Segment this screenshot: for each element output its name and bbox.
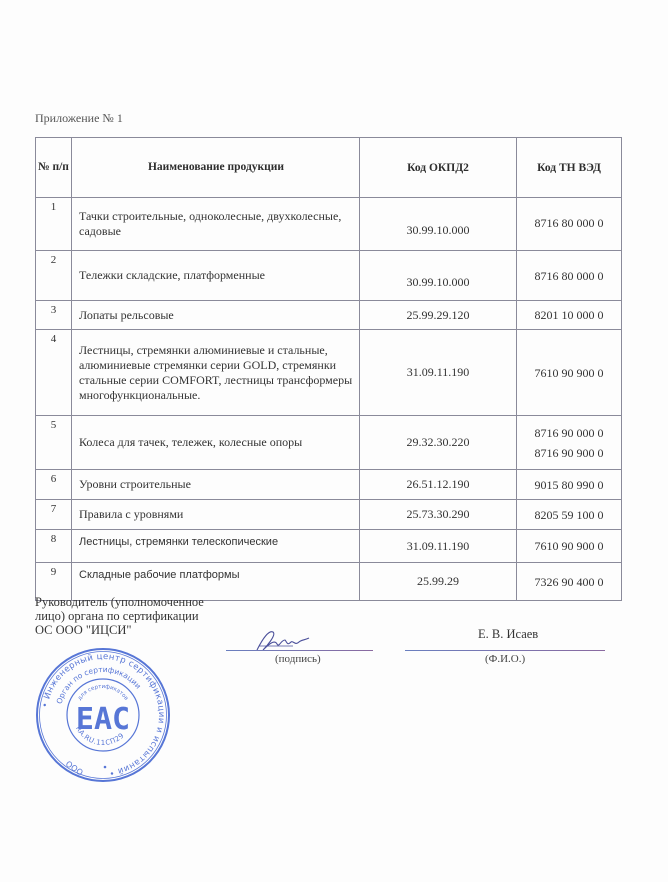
position-line: ОС ООО "ИЦСИ" (35, 623, 204, 637)
row-number: 1 (36, 198, 72, 251)
table-row: 1Тачки строительные, одноколесные, двухк… (36, 198, 622, 251)
tn-ved-code-line: 7610 90 900 0 (518, 536, 620, 556)
row-number: 6 (36, 470, 72, 500)
signatory-position: Руководитель (уполномоченное лицо) орган… (35, 595, 204, 637)
table-row: 6Уровни строительные26.51.12.1909015 80 … (36, 470, 622, 500)
name-caption: (Ф.И.О.) (485, 653, 525, 665)
okpd-code: 26.51.12.190 (360, 470, 517, 500)
header-num: № п/п (36, 138, 72, 198)
tn-ved-code-line: 7610 90 900 0 (518, 363, 620, 383)
product-name: Лестницы, стремянки алюминиевые и стальн… (72, 330, 360, 416)
certification-stamp: • Инженерный центр сертификации и испыта… (33, 645, 173, 785)
header-name: Наименование продукции (72, 138, 360, 198)
signature-caption: (подпись) (275, 653, 321, 665)
okpd-code: 25.99.29 (360, 563, 517, 601)
product-name: Уровни строительные (72, 470, 360, 500)
tn-ved-code-line: 9015 80 990 0 (518, 475, 620, 495)
okpd-code: 31.09.11.190 (360, 530, 517, 563)
position-line: лицо) органа по сертификации (35, 609, 204, 623)
okpd-code: 31.09.11.190 (360, 330, 517, 416)
header-tn: Код ТН ВЭД (517, 138, 622, 198)
products-table: № п/п Наименование продукции Код ОКПД2 К… (35, 137, 622, 601)
tn-ved-code: 8716 80 000 0 (517, 198, 622, 251)
signature-line (226, 650, 373, 651)
tn-ved-code-line: 8201 10 000 0 (518, 305, 620, 325)
tn-ved-code-line: 8205 59 100 0 (518, 505, 620, 525)
tn-ved-code: 8201 10 000 0 (517, 301, 622, 330)
table-header-row: № п/п Наименование продукции Код ОКПД2 К… (36, 138, 622, 198)
tn-ved-code: 7610 90 900 0 (517, 530, 622, 563)
row-number: 7 (36, 500, 72, 530)
table-row: 4Лестницы, стремянки алюминиевые и сталь… (36, 330, 622, 416)
okpd-code: 29.32.30.220 (360, 416, 517, 470)
product-name: Тачки строительные, одноколесные, двухко… (72, 198, 360, 251)
table-row: 7Правила с уровнями25.73.30.2908205 59 1… (36, 500, 622, 530)
tn-ved-code-line: 8716 90 000 0 (518, 423, 620, 443)
tn-ved-code-line: 8716 80 000 0 (518, 213, 620, 233)
product-name: Колеса для тачек, тележек, колесные опор… (72, 416, 360, 470)
tn-ved-code: 7326 90 400 0 (517, 563, 622, 601)
table-row: 3Лопаты рельсовые25.99.29.1208201 10 000… (36, 301, 622, 330)
document-page: Приложение № 1 № п/п Наименование продук… (0, 0, 668, 882)
tn-ved-code: 8716 80 000 0 (517, 251, 622, 301)
row-number: 5 (36, 416, 72, 470)
okpd-code: 30.99.10.000 (360, 251, 517, 301)
row-number: 3 (36, 301, 72, 330)
product-name: Лестницы, стремянки телескопические (72, 530, 360, 563)
product-name: Лопаты рельсовые (72, 301, 360, 330)
tn-ved-code-line: 8716 90 900 0 (518, 443, 620, 463)
eac-mark: EAC (76, 702, 130, 737)
product-name: Правила с уровнями (72, 500, 360, 530)
row-number: 8 (36, 530, 72, 563)
row-number: 4 (36, 330, 72, 416)
name-line (405, 650, 605, 651)
table-row: 5Колеса для тачек, тележек, колесные опо… (36, 416, 622, 470)
table-row: 2Тележки складские, платформенные30.99.1… (36, 251, 622, 301)
position-line: Руководитель (уполномоченное (35, 595, 204, 609)
tn-ved-code: 9015 80 990 0 (517, 470, 622, 500)
svg-text:для сертификатов: для сертификатов (77, 684, 129, 702)
okpd-code: 25.99.29.120 (360, 301, 517, 330)
okpd-code: 30.99.10.000 (360, 198, 517, 251)
appendix-title: Приложение № 1 (35, 111, 123, 126)
row-number: 2 (36, 251, 72, 301)
table-row: 8Лестницы, стремянки телескопические31.0… (36, 530, 622, 563)
tn-ved-code: 8716 90 000 08716 90 900 0 (517, 416, 622, 470)
signatory-name: Е. В. Исаев (478, 627, 538, 642)
tn-ved-code: 7610 90 900 0 (517, 330, 622, 416)
okpd-code: 25.73.30.290 (360, 500, 517, 530)
tn-ved-code-line: 8716 80 000 0 (518, 266, 620, 286)
product-name: Тележки складские, платформенные (72, 251, 360, 301)
tn-ved-code: 8205 59 100 0 (517, 500, 622, 530)
tn-ved-code-line: 7326 90 400 0 (518, 572, 620, 592)
header-okpd: Код ОКПД2 (360, 138, 517, 198)
